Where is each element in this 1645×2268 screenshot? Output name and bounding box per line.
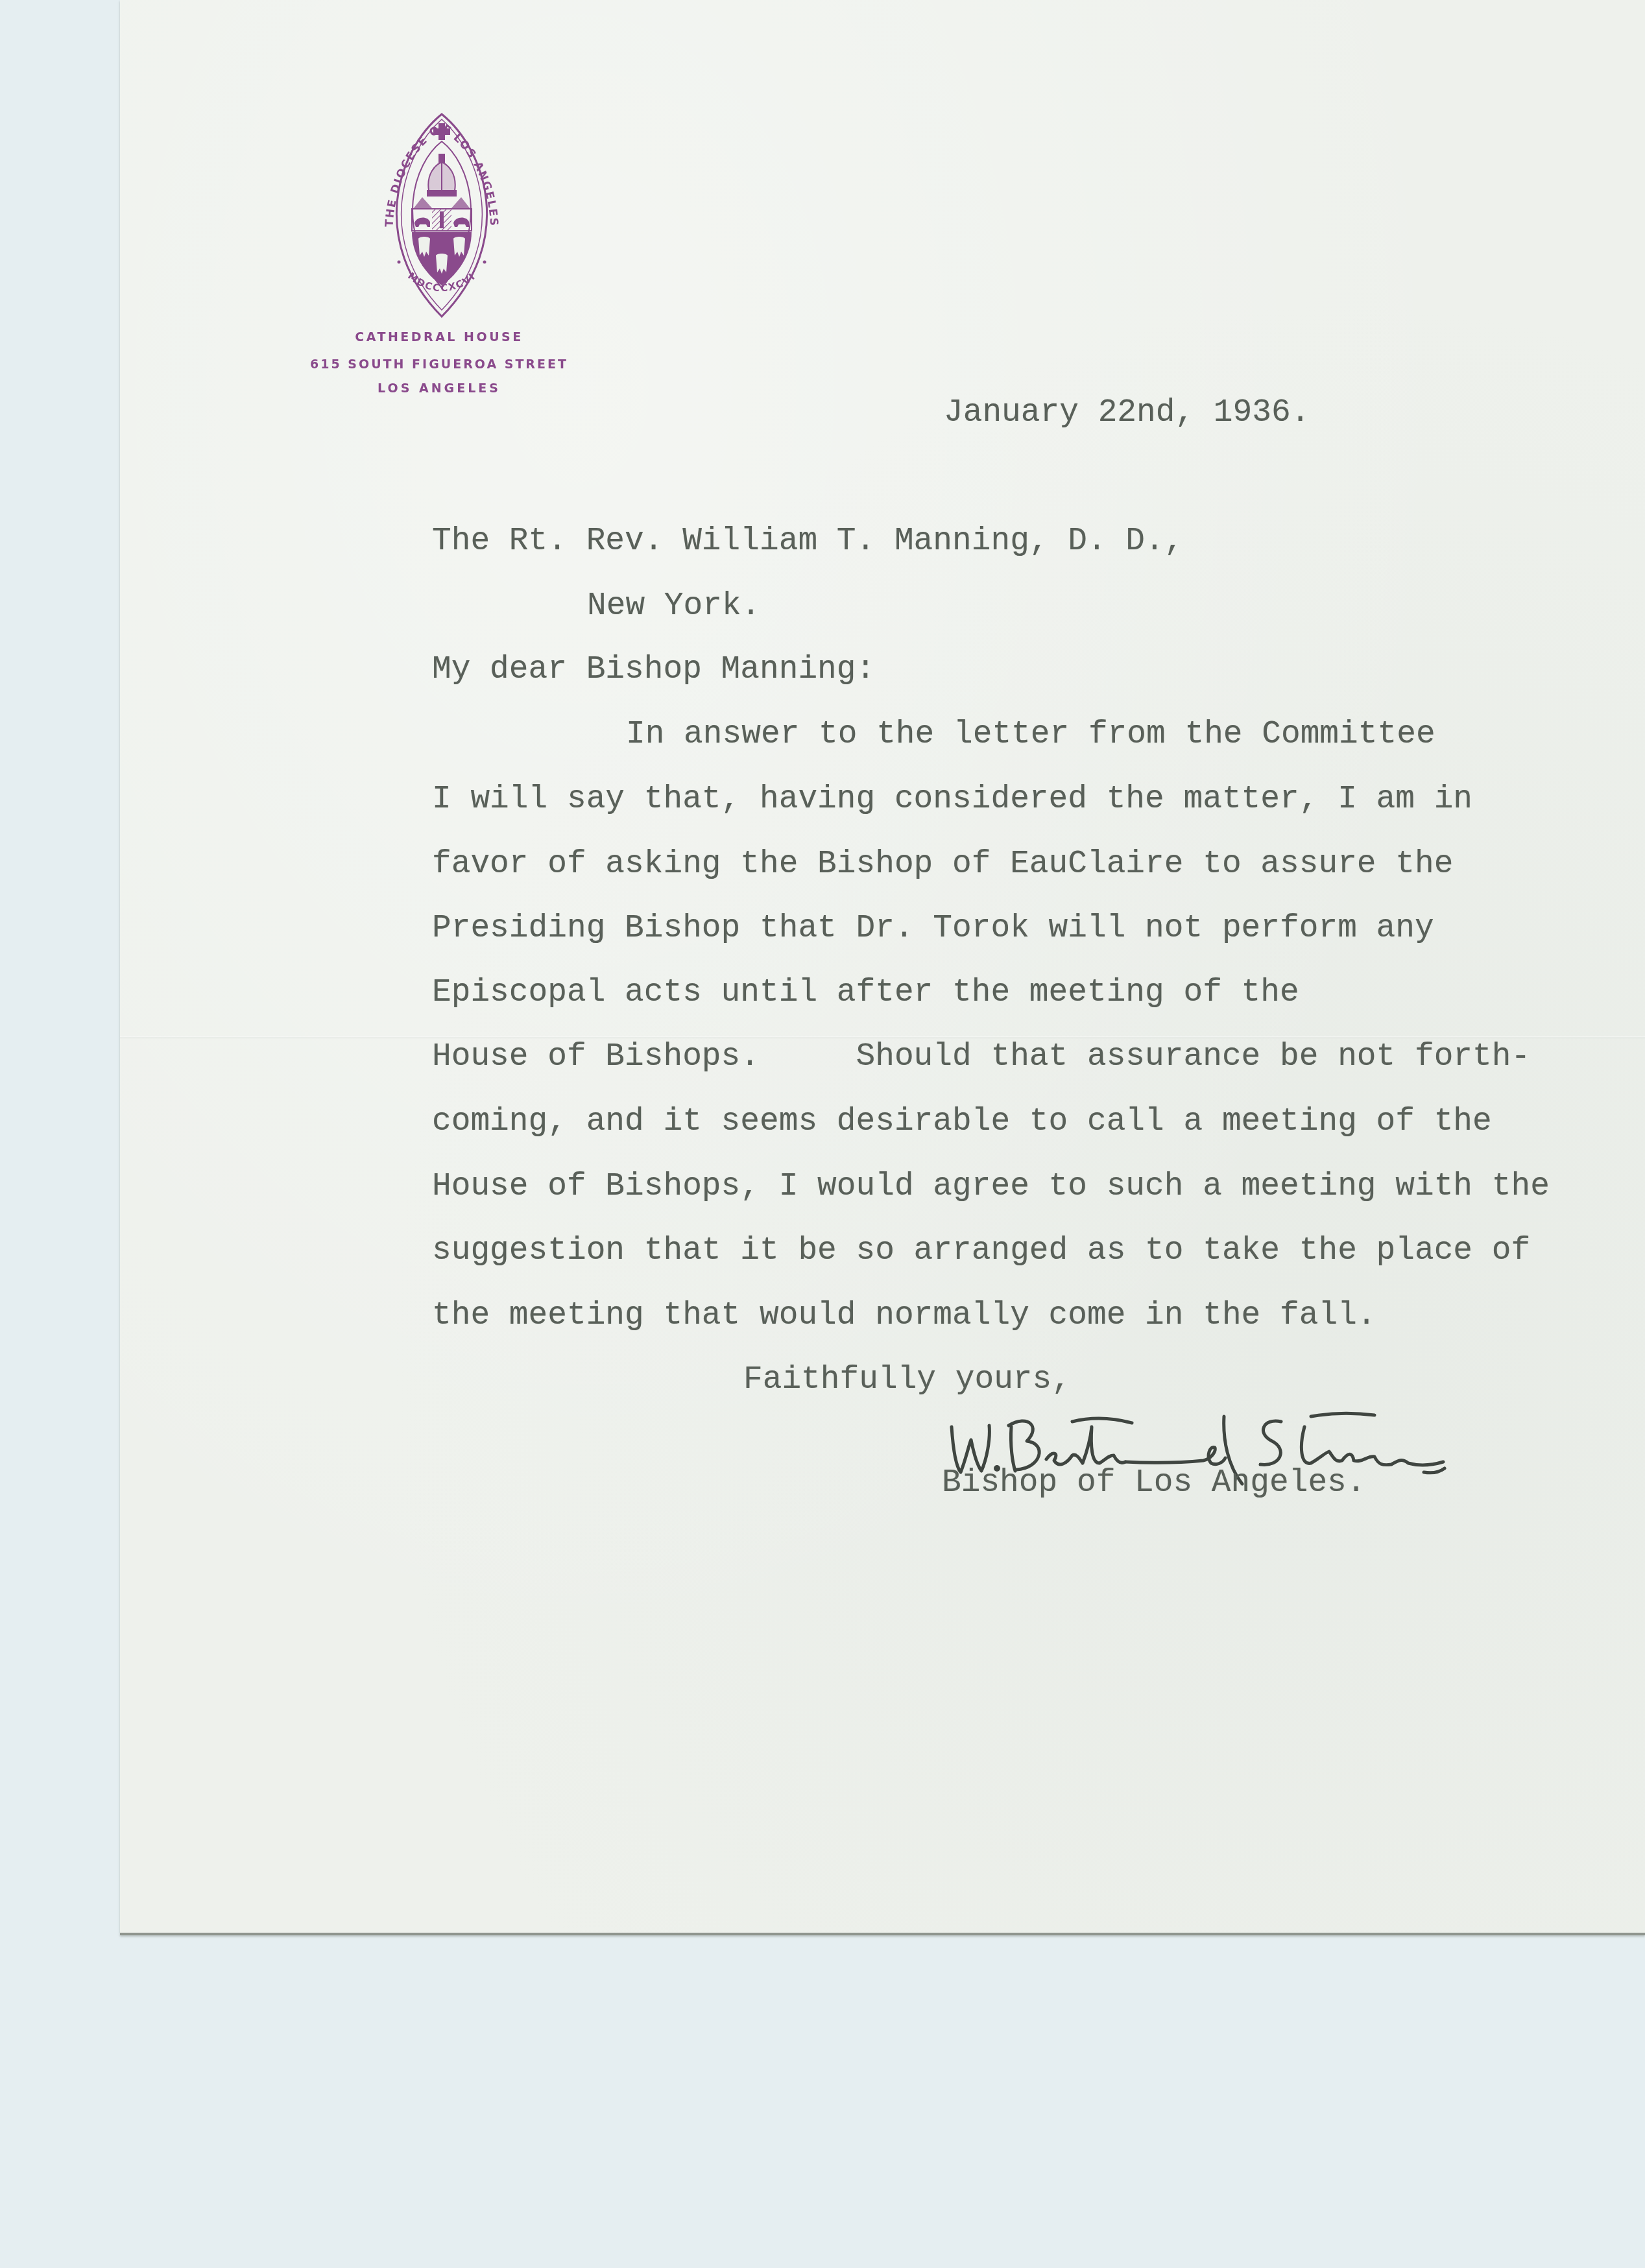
salutation: My dear Bishop Manning: [432, 654, 875, 686]
recipient-city: New York. [587, 590, 760, 623]
body-line: House of Bishops, I would agree to such … [432, 1171, 1550, 1203]
body-line: coming, and it seems desirable to call a… [432, 1106, 1492, 1138]
letterhead-line-cathedral-house: CATHEDRAL HOUSE [245, 331, 634, 344]
letterhead-line-address: 615 SOUTH FIGUEROA STREET [245, 359, 634, 371]
body-line: Presiding Bishop that Dr. Torok will not… [432, 913, 1434, 945]
body-line: Episcopal acts until after the meeting o… [432, 977, 1299, 1009]
signer-title: Bishop of Los Angeles. [942, 1467, 1366, 1499]
letter-date: January 22nd, 1936. [944, 397, 1310, 429]
body-line: I will say that, having considered the m… [432, 783, 1472, 816]
body-line: House of Bishops. Should that assurance … [432, 1041, 1530, 1073]
letterhead-line-city: LOS ANGELES [245, 383, 634, 395]
letter-paper [120, 0, 1645, 1935]
closing: Faithfully yours, [743, 1364, 1071, 1396]
body-line: In answer to the letter from the Committ… [626, 719, 1435, 751]
body-line: suggestion that it be so arranged as to … [432, 1235, 1530, 1267]
body-line: the meeting that would normally come in … [432, 1300, 1376, 1332]
recipient-name: The Rt. Rev. William T. Manning, D. D., [432, 525, 1184, 558]
diocese-seal-icon: THE DIOCESE OF LOS ANGELES MDCCCXCVI [373, 112, 510, 319]
body-line: favor of asking the Bishop of EauClaire … [432, 848, 1453, 881]
